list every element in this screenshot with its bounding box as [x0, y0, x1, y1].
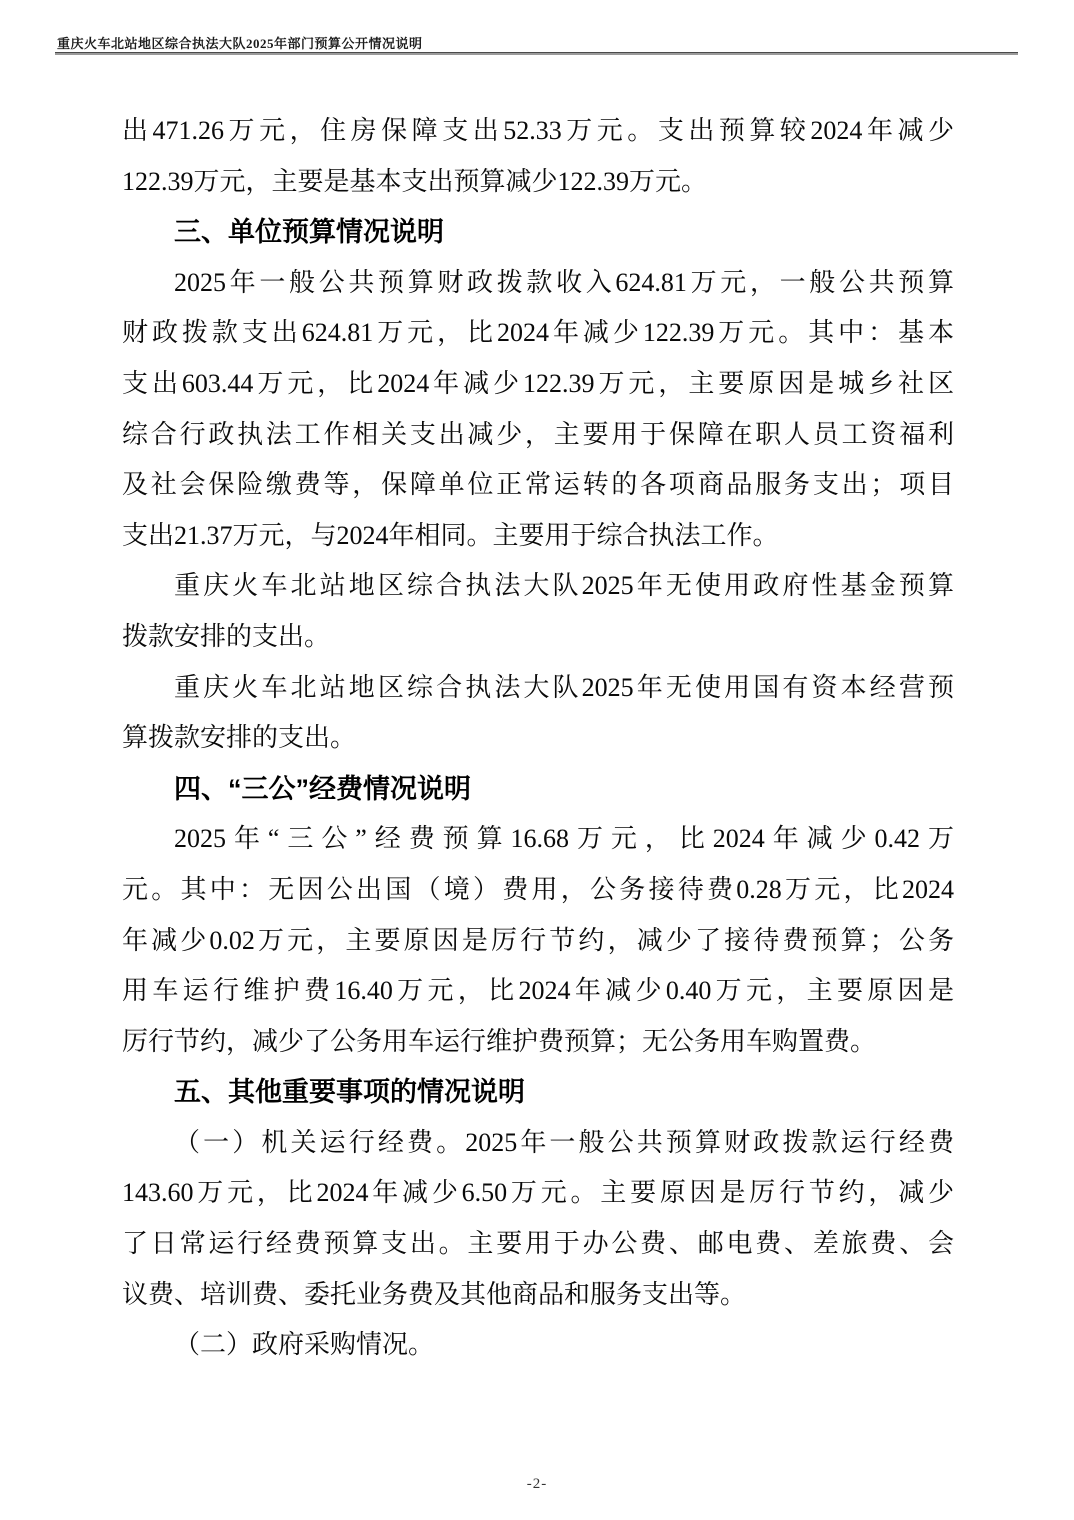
document-content: 出471.26万元，住房保障支出52.33万元。支出预算较2024年减少122.… [122, 106, 954, 1371]
text-line: 143.60万元，比2024年减少6.50万元。主要原因是厉行节约，减少 [122, 1168, 954, 1219]
header-rule-divider [55, 52, 1018, 55]
text-line: 议费、培训费、委托业务费及其他商品和服务支出等。 [122, 1270, 954, 1321]
text-line: 重庆火车北站地区综合执法大队2025年无使用政府性基金预算 [122, 561, 954, 612]
text-line: 支出603.44万元，比2024年减少122.39万元，主要原因是城乡社区 [122, 359, 954, 410]
text-line: 2025年一般公共预算财政拨款收入624.81万元，一般公共预算 [122, 258, 954, 309]
text-line: 拨款安排的支出。 [122, 612, 954, 663]
text-line: 厉行节约，减少了公务用车运行维护费预算；无公务用车购置费。 [122, 1017, 954, 1068]
section-heading: 三、单位预算情况说明 [122, 207, 954, 258]
text-line: 财政拨款支出624.81万元，比2024年减少122.39万元。其中：基本 [122, 308, 954, 359]
text-line: 122.39万元，主要是基本支出预算减少122.39万元。 [122, 157, 954, 208]
text-line: （一）机关运行经费。2025年一般公共预算财政拨款运行经费 [122, 1118, 954, 1169]
document-header-title: 重庆火车北站地区综合执法大队2025年部门预算公开情况说明 [57, 33, 423, 52]
text-line: 重庆火车北站地区综合执法大队2025年无使用国有资本经营预 [122, 663, 954, 714]
text-line: 用车运行维护费16.40万元，比2024年减少0.40万元，主要原因是 [122, 966, 954, 1017]
page-number: -2- [0, 1476, 1074, 1493]
text-line: 出471.26万元，住房保障支出52.33万元。支出预算较2024年减少 [122, 106, 954, 157]
text-line: 年减少0.02万元，主要原因是厉行节约，减少了接待费预算；公务 [122, 916, 954, 967]
section-heading: 五、其他重要事项的情况说明 [122, 1067, 954, 1118]
text-line: 了日常运行经费预算支出。主要用于办公费、邮电费、差旅费、会 [122, 1219, 954, 1270]
text-line: 综合行政执法工作相关支出减少，主要用于保障在职人员工资福利 [122, 410, 954, 461]
text-line: （二）政府采购情况。 [122, 1320, 954, 1371]
section-heading: 四、“三公”经费情况说明 [122, 764, 954, 815]
text-line: 2025年“三公”经费预算16.68万元，比2024年减少0.42万 [122, 814, 954, 865]
text-line: 元。其中：无因公出国（境）费用，公务接待费0.28万元，比2024 [122, 865, 954, 916]
text-line: 算拨款安排的支出。 [122, 713, 954, 764]
text-line: 及社会保险缴费等，保障单位正常运转的各项商品服务支出；项目 [122, 460, 954, 511]
text-line: 支出21.37万元，与2024年相同。主要用于综合执法工作。 [122, 511, 954, 562]
